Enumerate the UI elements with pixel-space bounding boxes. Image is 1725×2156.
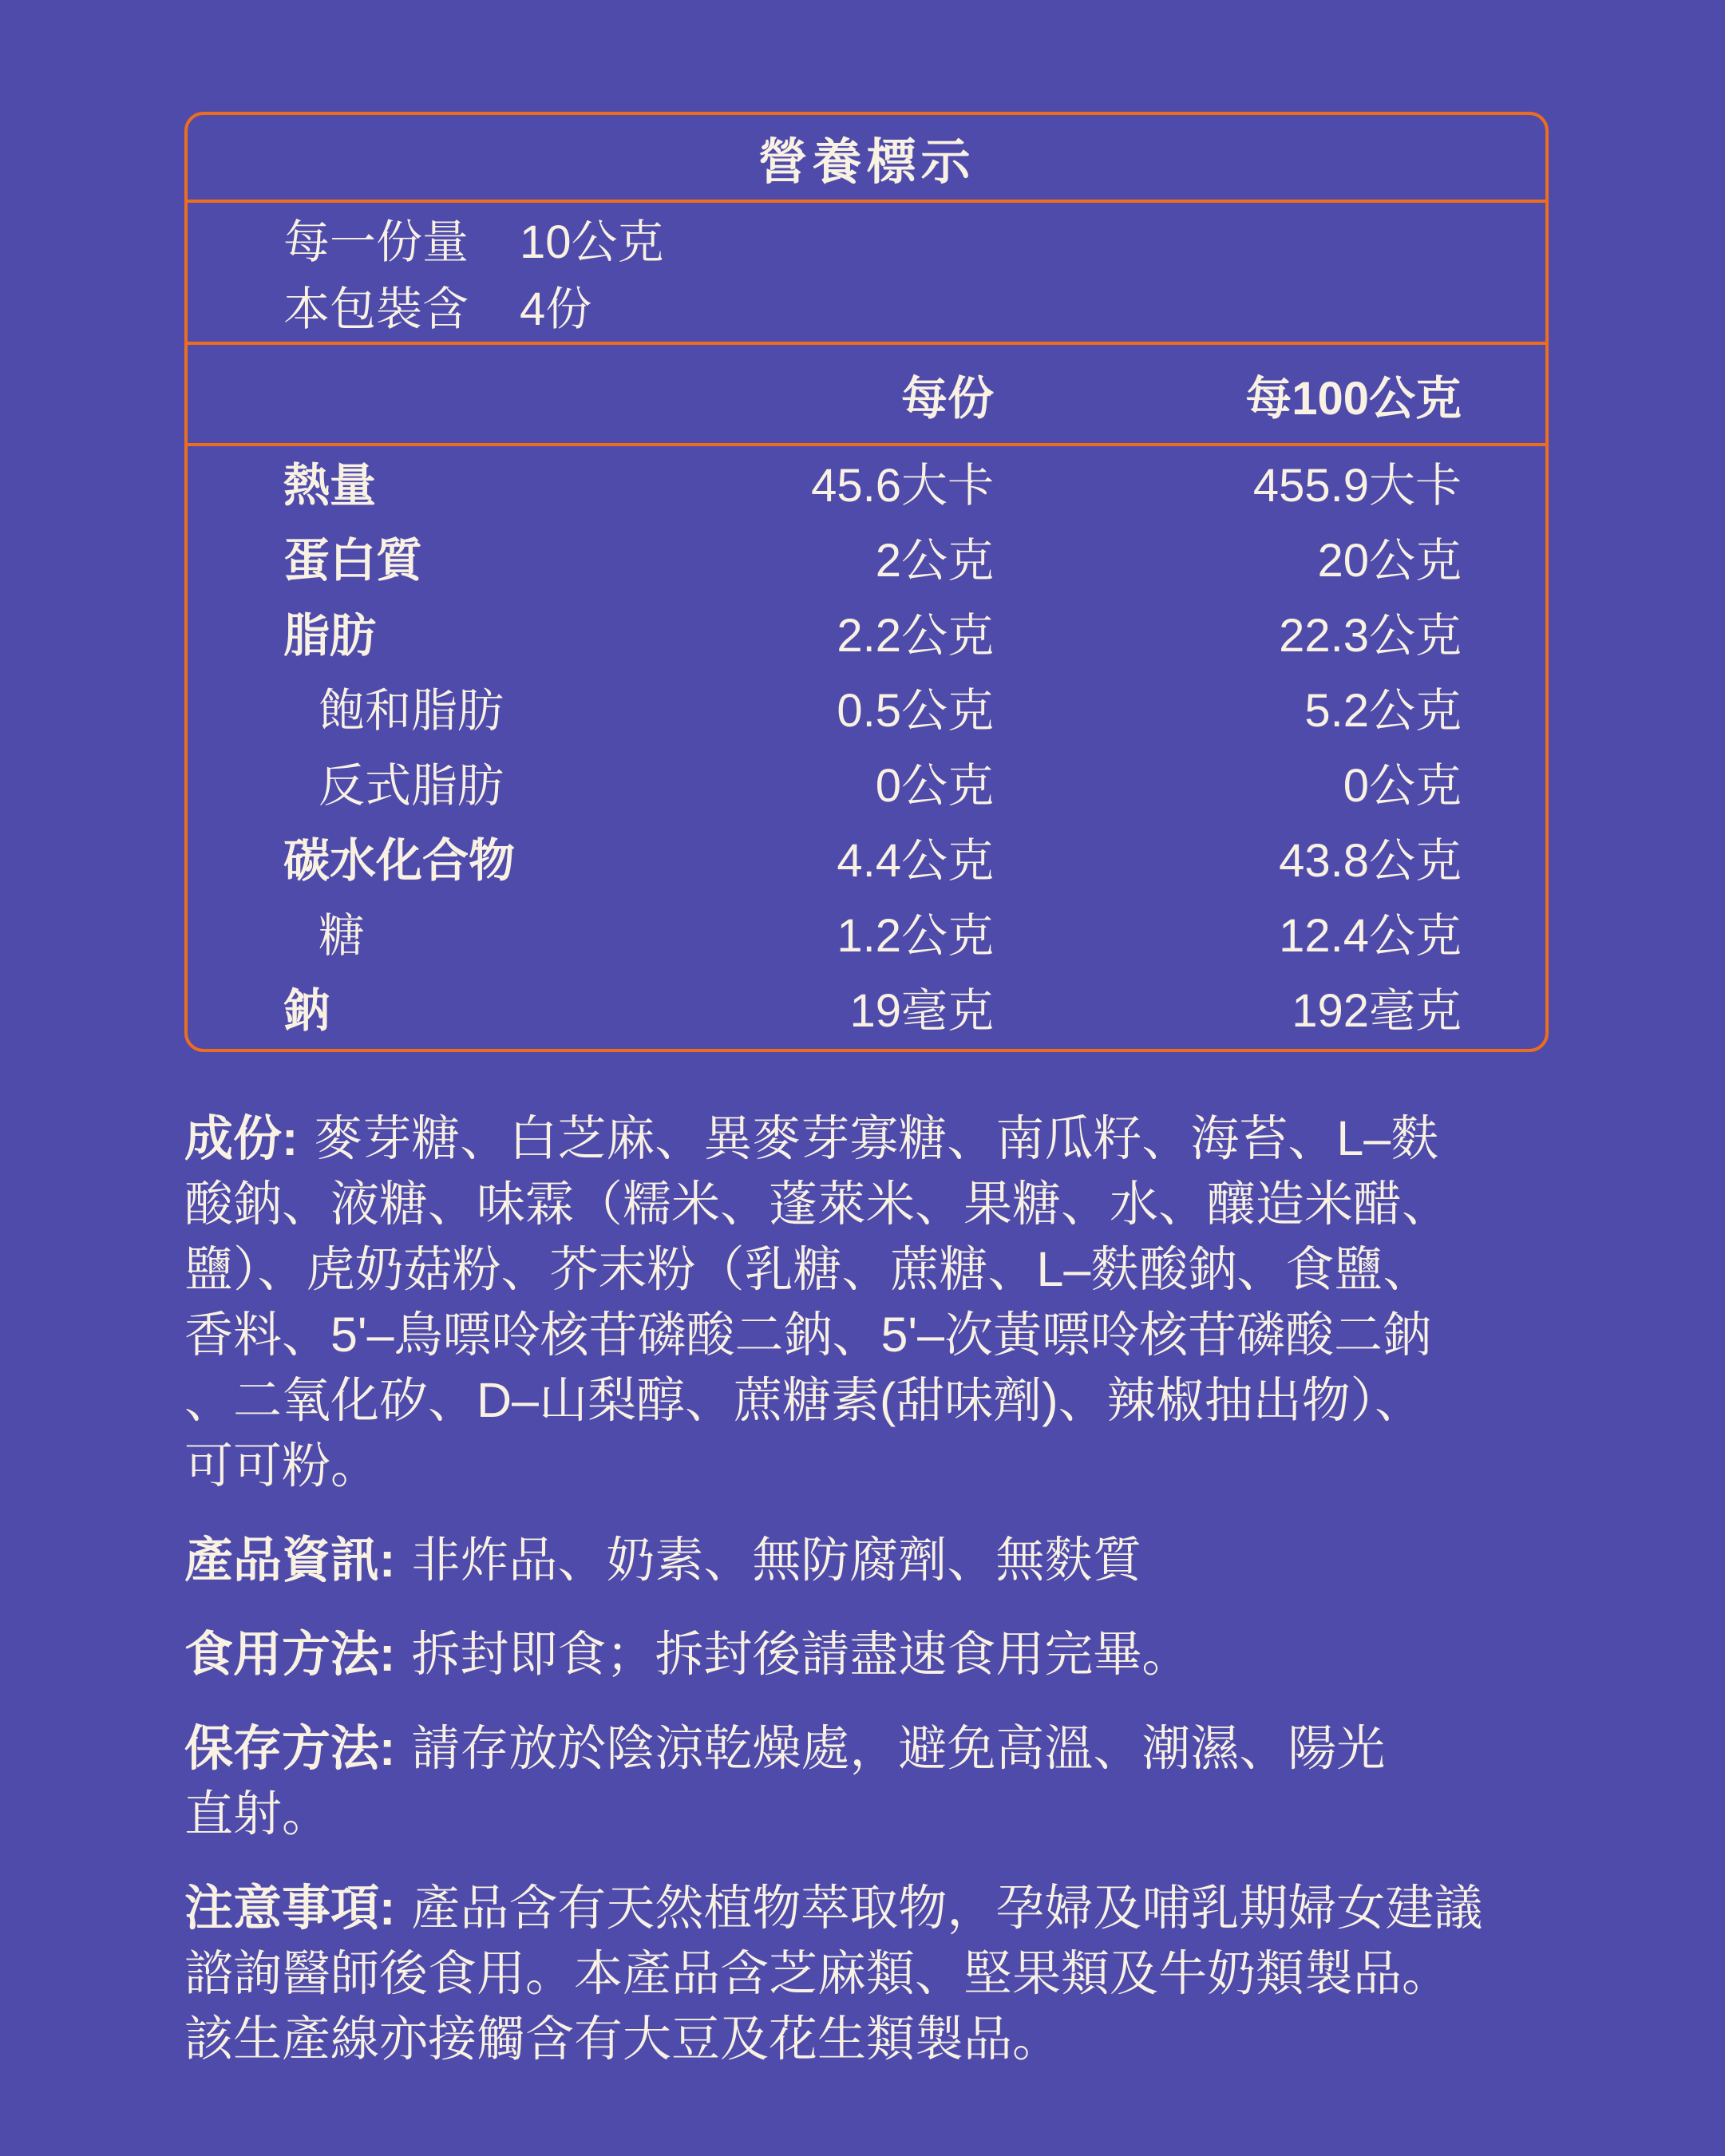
info-section: 注意事項:產品含有天然植物萃取物，孕婦及哺乳期婦女建議 諮詢醫師後食用。本產品含… [184, 1875, 1541, 2071]
info-section: 保存方法:請存放於陰涼乾燥處，避免高溫、潮濕、陽光 直射。 [184, 1715, 1541, 1846]
nutrient-per-100g-value: 455.9大卡 [994, 449, 1462, 524]
nutrient-label: 蛋白質 [283, 524, 730, 599]
nutrition-table-title: 營養標示 [188, 115, 1545, 203]
serving-info-section: 每一份量 10公克 本包裝含 4份 [188, 203, 1545, 345]
info-section-text: 非炸品、奶素、無防腐劑、無麩質 [411, 1533, 1141, 1587]
info-section-label: 保存方法: [184, 1721, 395, 1775]
info-section-label: 成份: [184, 1111, 298, 1165]
info-section-label: 食用方法: [184, 1627, 395, 1681]
nutrient-per-serving-value: 45.6大卡 [730, 449, 994, 524]
nutrient-label: 反式脂肪 [283, 749, 730, 824]
nutrient-row: 脂肪 2.2公克 22.3公克 [188, 599, 1545, 674]
nutrient-label: 糖 [283, 899, 730, 974]
info-section-label: 產品資訊: [184, 1533, 395, 1587]
serving-info-row: 本包裝含 4份 [283, 276, 1545, 343]
info-section-text: 麥芽糖、白芝麻、異麥芽寡糖、南瓜籽、海苔、L–麩 酸鈉、液糖、味霖（糯米、蓬萊米… [184, 1111, 1450, 1493]
serving-info-value: 4份 [520, 276, 591, 343]
serving-info-value: 10公克 [520, 209, 664, 276]
nutrient-per-100g-value: 22.3公克 [994, 599, 1462, 674]
nutrient-row: 碳水化合物 4.4公克 43.8公克 [188, 824, 1545, 899]
nutrient-per-100g-value: 43.8公克 [994, 824, 1462, 899]
nutrient-row: 鈉 19毫克 192毫克 [188, 974, 1545, 1049]
nutrient-per-100g-value: 12.4公克 [994, 899, 1462, 974]
info-section-text: 拆封即食；拆封後請盡速食用完畢。 [411, 1627, 1190, 1681]
nutrient-label: 鈉 [283, 974, 730, 1049]
info-section: 成份:麥芽糖、白芝麻、異麥芽寡糖、南瓜籽、海苔、L–麩 酸鈉、液糖、味霖（糯米、… [184, 1106, 1541, 1498]
nutrient-label: 脂肪 [283, 599, 730, 674]
nutrient-per-serving-value: 0公克 [730, 749, 994, 824]
column-header-row: 每份 每100公克 [188, 345, 1545, 446]
nutrient-row: 飽和脂肪 0.5公克 5.2公克 [188, 674, 1545, 749]
serving-info-label: 每一份量 [283, 209, 469, 276]
serving-info-row: 每一份量 10公克 [283, 209, 1545, 276]
nutrient-per-100g-value: 5.2公克 [994, 674, 1462, 749]
nutrient-row: 熱量 45.6大卡 455.9大卡 [188, 449, 1545, 524]
per-serving-column-header: 每份 [730, 361, 994, 428]
nutrient-row: 糖 1.2公克 12.4公克 [188, 899, 1545, 974]
nutrient-per-serving-value: 4.4公克 [730, 824, 994, 899]
nutrient-row: 蛋白質 2公克 20公克 [188, 524, 1545, 599]
info-section: 食用方法:拆封即食；拆封後請盡速食用完畢。 [184, 1621, 1541, 1687]
nutrient-label: 碳水化合物 [283, 824, 730, 899]
nutrient-per-serving-value: 2.2公克 [730, 599, 994, 674]
per-100g-column-header: 每100公克 [994, 361, 1462, 428]
nutrient-per-serving-value: 0.5公克 [730, 674, 994, 749]
nutrient-row: 反式脂肪 0公克 0公克 [188, 749, 1545, 824]
nutrition-facts-table: 營養標示 每一份量 10公克 本包裝含 4份 每份 每100公克 熱量 45.6… [184, 112, 1549, 1052]
nutrient-per-serving-value: 1.2公克 [730, 899, 994, 974]
nutrient-per-100g-value: 20公克 [994, 524, 1462, 599]
info-section-label: 注意事項: [184, 1881, 395, 1935]
nutrient-per-100g-value: 0公克 [994, 749, 1462, 824]
nutrient-rows-section: 熱量 45.6大卡 455.9大卡 蛋白質 2公克 20公克 脂肪 2.2公克 … [188, 446, 1545, 1049]
info-section: 產品資訊:非炸品、奶素、無防腐劑、無麩質 [184, 1527, 1541, 1592]
product-info-block: 成份:麥芽糖、白芝麻、異麥芽寡糖、南瓜籽、海苔、L–麩 酸鈉、液糖、味霖（糯米、… [184, 1106, 1541, 2071]
nutrient-label: 飽和脂肪 [283, 674, 730, 749]
nutrient-per-100g-value: 192毫克 [994, 974, 1462, 1049]
nutrient-per-serving-value: 2公克 [730, 524, 994, 599]
nutrient-label: 熱量 [283, 449, 730, 524]
serving-info-label: 本包裝含 [283, 276, 469, 343]
nutrient-per-serving-value: 19毫克 [730, 974, 994, 1049]
